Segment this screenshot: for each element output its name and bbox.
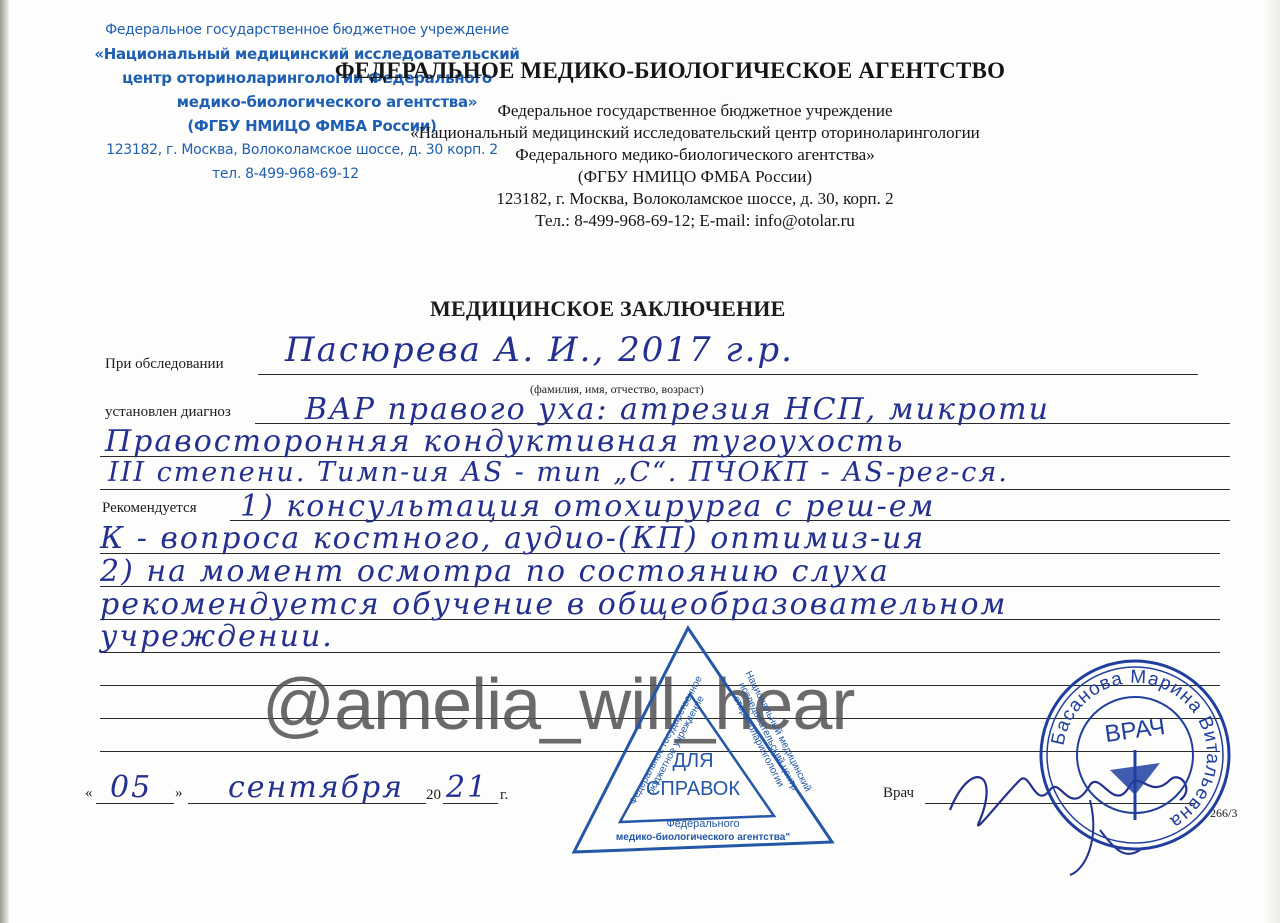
letterhead: ФЕДЕРАЛЬНОЕ МЕДИКО-БИОЛОГИЧЕСКОЕ АГЕНТСТ… bbox=[250, 58, 1050, 232]
diagnosis-text-1: ВАР правого уха: атрезия НСП, микроти bbox=[305, 392, 1050, 427]
diagnosis-label: установлен диагноз bbox=[105, 404, 231, 421]
patient-value: Пасюрева А. И., 2017 г.р. bbox=[285, 330, 794, 370]
header-line: (ФГБУ НМИЦО ФМБА России) bbox=[340, 166, 1050, 188]
triangle-stamp-bottom-1: Федерального bbox=[628, 818, 778, 830]
date-year-suffix: 21 bbox=[446, 770, 488, 805]
date-year-prefix: 20 bbox=[426, 787, 441, 804]
round-stamp-border: Басанова Марина Витальевна bbox=[1035, 655, 1235, 855]
recommend-text-1: 1) консультация отохирурга с реш-ем bbox=[240, 489, 935, 524]
recommend-text-3: 2) на момент осмотра по состоянию слуха bbox=[100, 554, 890, 589]
diagnosis-text-2: Правосторонняя кондуктивная тугоухость bbox=[105, 424, 905, 459]
triangle-stamp-center-2: СПРАВОК bbox=[636, 778, 750, 801]
recommend-text-5: учреждении. bbox=[100, 619, 334, 654]
header-line: Федеральное государственное бюджетное уч… bbox=[340, 100, 1050, 122]
header-line: «Национальный медицинский исследовательс… bbox=[340, 122, 1050, 144]
patient-line bbox=[258, 374, 1198, 375]
document-title: МЕДИЦИНСКОЕ ЗАКЛЮЧЕНИЕ bbox=[430, 296, 786, 322]
patient-label: При обследовании bbox=[105, 356, 224, 373]
recommend-text-2: К - вопроса костного, аудио-(КП) оптимиз… bbox=[100, 521, 925, 556]
diagnosis-text-3: III степени. Тимп-ия АS - тип „С“. ПЧОКП… bbox=[108, 457, 1009, 488]
date-suffix: г. bbox=[500, 787, 508, 804]
doctor-label: Врач bbox=[883, 785, 914, 802]
date-month: сентября bbox=[228, 770, 404, 805]
date-open-quote: « bbox=[85, 785, 93, 802]
triangle-stamp: Федеральное государственное бюджетное уч… bbox=[568, 620, 838, 860]
triangle-stamp-bottom-2: медико-биологического агентства" bbox=[578, 832, 828, 843]
date-day: 05 bbox=[110, 770, 152, 805]
corner-stamp-line: Федеральное государственное бюджетное уч… bbox=[92, 18, 522, 42]
paper-edge-right bbox=[1266, 0, 1280, 923]
paper-edge-left bbox=[0, 0, 9, 923]
doctor-round-stamp: Басанова Марина Витальевна ВРАЧ bbox=[1035, 655, 1235, 855]
recommend-text-4: рекомендуется обучение в общеобразовател… bbox=[100, 587, 1007, 622]
header-line: Федерального медико-биологического агент… bbox=[340, 144, 1050, 166]
date-close-quote: » bbox=[175, 785, 183, 802]
recommend-label: Рекомендуется bbox=[102, 500, 197, 517]
header-contacts: Тел.: 8-499-968-69-12; E-mail: info@otol… bbox=[340, 210, 1050, 232]
agency-name: ФЕДЕРАЛЬНОЕ МЕДИКО-БИОЛОГИЧЕСКОЕ АГЕНТСТ… bbox=[290, 58, 1050, 84]
header-address: 123182, г. Москва, Волоколамское шоссе, … bbox=[340, 188, 1050, 210]
triangle-stamp-center-1: ДЛЯ bbox=[648, 750, 738, 773]
